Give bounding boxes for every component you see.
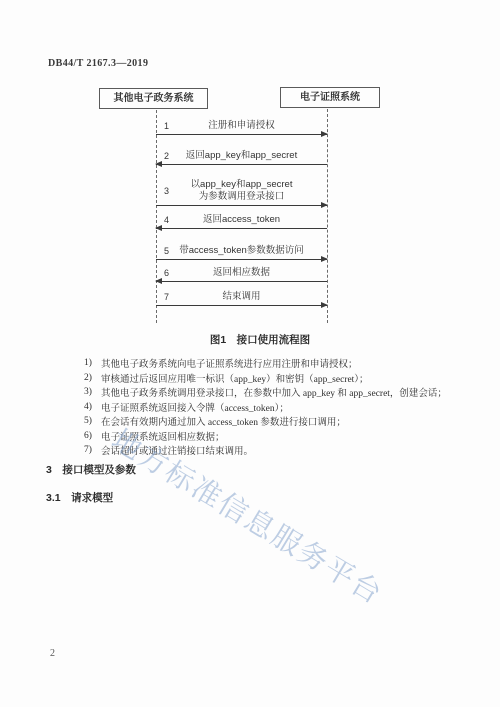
arrow-right [156, 305, 327, 306]
list-item-number: 2) [84, 373, 101, 383]
list-item: 7) 会话超时或通过注销接口结束调用。 [84, 443, 484, 458]
list-item-text: 会话超时或通过注销接口结束调用。 [101, 443, 253, 457]
list-item: 5) 在会话有效期内通过加入 access_token 参数进行接口调用； [84, 414, 484, 429]
list-item-text: 其他电子政务系统向电子证照系统进行应用注册和申请授权； [101, 356, 358, 370]
message-label-line2: 为参数调用登录接口 [156, 191, 327, 203]
standard-number-header: DB44/T 2167.3—2019 [48, 58, 148, 69]
message-label: 注册和申请授权 [156, 120, 327, 132]
arrow-left [156, 281, 327, 282]
list-item: 2) 审核通过后返回应用唯一标识（app_key）和密钥（app_secret）… [84, 371, 484, 386]
list-item-number: 5) [84, 416, 101, 426]
message-label: 返回相应数据 [156, 267, 327, 279]
message-label: 返回access_token [156, 214, 327, 226]
actor-elicense-system: 电子证照系统 [280, 87, 380, 108]
message-label: 以app_key和app_secret 为参数调用登录接口 [156, 179, 327, 203]
page-number: 2 [50, 648, 55, 659]
list-item-number: 1) [84, 358, 101, 368]
list-item-number: 6) [84, 431, 101, 441]
list-item-number: 3) [84, 387, 101, 397]
list-item: 1) 其他电子政务系统向电子证照系统进行应用注册和申请授权； [84, 356, 484, 371]
figure-caption: 图1 接口使用流程图 [10, 332, 500, 347]
list-item-number: 7) [84, 445, 101, 455]
arrow-right [156, 205, 327, 206]
message-label-line1: 以app_key和app_secret [156, 179, 327, 191]
list-item: 3) 其他电子政务系统调用登录接口，在参数中加入 app_key 和 app_s… [84, 385, 484, 400]
actor-other-egov-system: 其他电子政务系统 [99, 88, 208, 109]
list-item-text: 审核通过后返回应用唯一标识（app_key）和密钥（app_secret）； [101, 371, 369, 385]
arrow-left [156, 228, 327, 229]
list-item-text: 在会话有效期内通过加入 access_token 参数进行接口调用； [101, 414, 346, 428]
section-heading-3: 3 接口模型及参数 [46, 462, 136, 477]
list-item-text: 其他电子政务系统调用登录接口，在参数中加入 app_key 和 app_secr… [101, 385, 447, 399]
message-label: 带access_token参数数据访问 [156, 245, 327, 257]
flow-step-list: 1) 其他电子政务系统向电子证照系统进行应用注册和申请授权； 2) 审核通过后返… [84, 356, 484, 458]
lifeline-right [327, 109, 328, 323]
arrow-right [156, 134, 327, 135]
list-item-number: 4) [84, 402, 101, 412]
list-item: 6) 电子证照系统返回相应数据； [84, 429, 484, 444]
message-label: 结束调用 [156, 291, 327, 303]
list-item-text: 电子证照系统返回相应数据； [101, 429, 225, 443]
message-label: 返回app_key和app_secret [156, 150, 327, 162]
arrow-left [156, 164, 327, 165]
list-item: 4) 电子证照系统返回接入令牌（access_token）； [84, 400, 484, 415]
arrow-right [156, 259, 327, 260]
list-item-text: 电子证照系统返回接入令牌（access_token）； [101, 400, 289, 414]
document-page: DB44/T 2167.3—2019 其他电子政务系统 电子证照系统 1 注册和… [0, 0, 500, 707]
section-heading-3-1: 3.1 请求模型 [46, 490, 113, 505]
